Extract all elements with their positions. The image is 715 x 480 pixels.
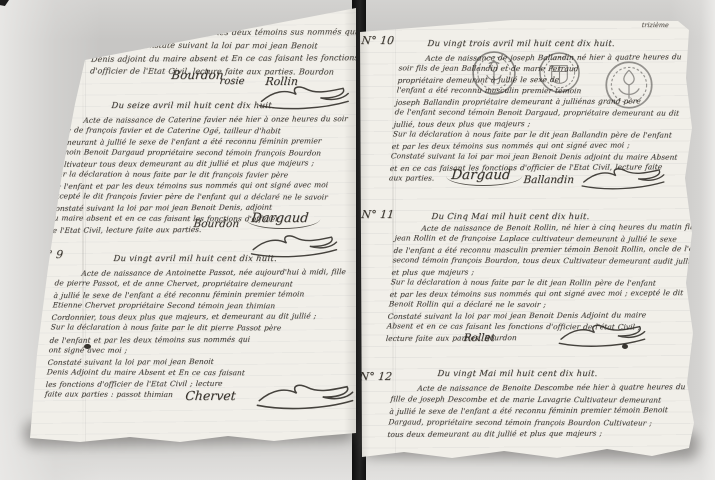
civil-register-scan: père de l'enfant et par les deux témoins… [0,0,715,480]
signature-rosie: rosie [219,76,245,87]
signature-bourdon: Bourdon [171,68,224,82]
entry-8-date: Du seize avril mil huit cent dix huit. [111,100,275,110]
entry-number-12: N° 12 [359,370,393,383]
entry-11-text: Acte de naissance de Benoit Rollin, né h… [385,222,698,343]
entry-11-date: Du Cinq Mai mil huit cent dix huit. [431,211,590,221]
scan-corner-artifact [0,0,9,6]
entry-number-10: N° 10 [361,34,395,47]
paraph-signature-icon [252,382,358,410]
revenue-stamp-icon [471,50,517,96]
signature-bourdon: Bourdon [193,218,240,230]
ink-blot [622,344,628,349]
entry-9-text: Acte de naissance de Antoinette Passot, … [44,267,354,400]
signature-chervet: Chervet [185,388,237,403]
manuscript-line: à jullié le sexe de l'enfant a été recon… [389,404,692,417]
paraph-signature-icon [556,322,648,348]
paraph-signature-icon [578,166,668,190]
signature-rollet: Rollet [463,332,495,344]
revenue-stamp-icon [538,51,581,94]
entry-12-text: Acte de naissance de Benoite Descombe né… [387,382,694,440]
entry-9-date: Du vingt avril mil huit cent dix huit. [113,253,277,263]
entry-10-date: Du vingt trois avril mil huit cent dix h… [427,38,615,48]
revenue-stamp-icon [604,60,654,110]
entry-12-date: Du vingt Mai mil huit cent dix huit. [437,368,598,378]
entry-number-11: N° 11 [361,208,395,221]
manuscript-line: Acte de naissance de Benoite Descombe né… [391,381,694,394]
manuscript-line: père de l'enfant et par les deux témoins… [93,25,352,40]
signature-dargaud: Dargaud [251,211,309,226]
interlinear-note: trizième [641,21,669,29]
entry-number-8: N° 8 [37,96,64,109]
manuscript-line: Denis adjoint du maire absent et En ce c… [91,51,350,66]
entry-number-9: N° 9 [37,248,64,261]
manuscript-line: tous deux demeurant au dit jullié et plu… [387,427,690,440]
ink-blot [84,344,91,349]
manuscript-line: Sur la déclaration à nous faite par le d… [50,322,349,334]
signature-ballandin: Ballandin [523,174,575,186]
signature-dargaud: Dargaud [451,167,512,183]
left-page: père de l'enfant et par les deux témoins… [22,6,360,448]
right-page: N° 10 trizième Du vingt trois avril mil … [352,8,708,466]
